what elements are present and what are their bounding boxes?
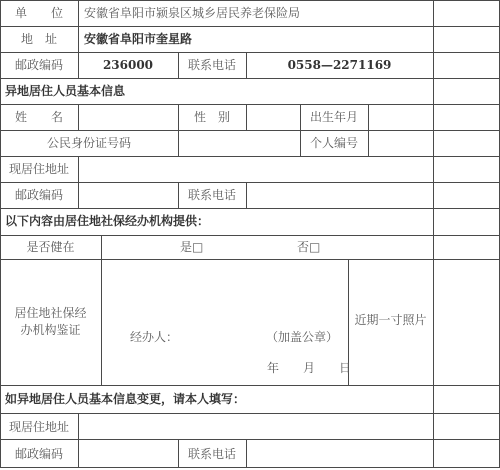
current-address-label: 现居住地址 bbox=[0, 162, 78, 176]
pension-verification-form: 单 位 安徽省阜阳市颍泉区城乡居民养老保险局 地 址 安徽省阜阳市奎星路 邮政编… bbox=[0, 0, 500, 470]
alive-yes-checkbox[interactable]: 是□ bbox=[180, 240, 203, 254]
alive-no-checkbox[interactable]: 否□ bbox=[297, 240, 320, 254]
postcode2-label: 邮政编码 bbox=[0, 188, 78, 202]
phone2-field[interactable] bbox=[247, 183, 432, 207]
unit-label: 单 位 bbox=[0, 6, 78, 20]
current-address3-field[interactable] bbox=[79, 414, 432, 438]
id-label: 公民身份证号码 bbox=[0, 136, 178, 150]
alive-label: 是否健在 bbox=[0, 240, 101, 254]
name-label: 姓 名 bbox=[0, 110, 78, 124]
seal-label: （加盖公章） bbox=[266, 330, 338, 344]
verify-label-line1: 居住地社保经 bbox=[0, 306, 101, 320]
unit-value: 安徽省阜阳市颍泉区城乡居民养老保险局 bbox=[84, 6, 300, 20]
section-title-change: 如异地居住人员基本信息变更，请本人填写： bbox=[5, 392, 245, 406]
gender-label: 性 别 bbox=[178, 110, 246, 124]
postcode2-field[interactable] bbox=[79, 183, 177, 207]
divider bbox=[0, 26, 500, 27]
address-value: 安徽省阜阳市奎星路 bbox=[84, 32, 192, 46]
divider bbox=[0, 78, 500, 79]
date-label: 年 月 日 bbox=[267, 361, 351, 375]
divider bbox=[101, 235, 102, 385]
birth-field[interactable] bbox=[369, 105, 432, 129]
birth-label: 出生年月 bbox=[300, 110, 368, 124]
personal-no-field[interactable] bbox=[369, 131, 432, 155]
divider bbox=[0, 0, 500, 1]
verify-label-line2: 办机构鉴证 bbox=[0, 323, 101, 337]
postcode3-field[interactable] bbox=[79, 440, 177, 466]
divider bbox=[0, 385, 500, 386]
phone3-label: 联系电话 bbox=[178, 447, 246, 461]
name-field[interactable] bbox=[79, 105, 177, 129]
current-address3-label: 现居住地址 bbox=[0, 420, 78, 434]
phone-value: 0558—2271169 bbox=[246, 58, 433, 72]
divider bbox=[0, 52, 500, 53]
handler-label: 经办人： bbox=[130, 330, 178, 344]
extra-field[interactable] bbox=[434, 1, 499, 26]
photo-label: 近期一寸照片 bbox=[348, 313, 433, 327]
divider bbox=[0, 259, 500, 260]
postcode-value: 236000 bbox=[78, 58, 178, 72]
personal-no-label: 个人编号 bbox=[300, 136, 368, 150]
postcode3-label: 邮政编码 bbox=[0, 447, 78, 461]
divider bbox=[0, 208, 500, 209]
current-address-field[interactable] bbox=[79, 157, 432, 181]
divider bbox=[0, 235, 500, 236]
phone-label: 联系电话 bbox=[178, 58, 246, 72]
postcode-label: 邮政编码 bbox=[0, 58, 78, 72]
section-title-agency: 以下内容由居住地社保经办机构提供： bbox=[5, 214, 209, 228]
phone3-field[interactable] bbox=[247, 440, 432, 466]
section-title-basic-info: 异地居住人员基本信息 bbox=[5, 84, 125, 98]
phone2-label: 联系电话 bbox=[178, 188, 246, 202]
address-label: 地 址 bbox=[0, 32, 78, 46]
id-field[interactable] bbox=[179, 131, 299, 155]
divider bbox=[0, 467, 500, 468]
divider bbox=[433, 0, 434, 468]
gender-field[interactable] bbox=[247, 105, 299, 129]
